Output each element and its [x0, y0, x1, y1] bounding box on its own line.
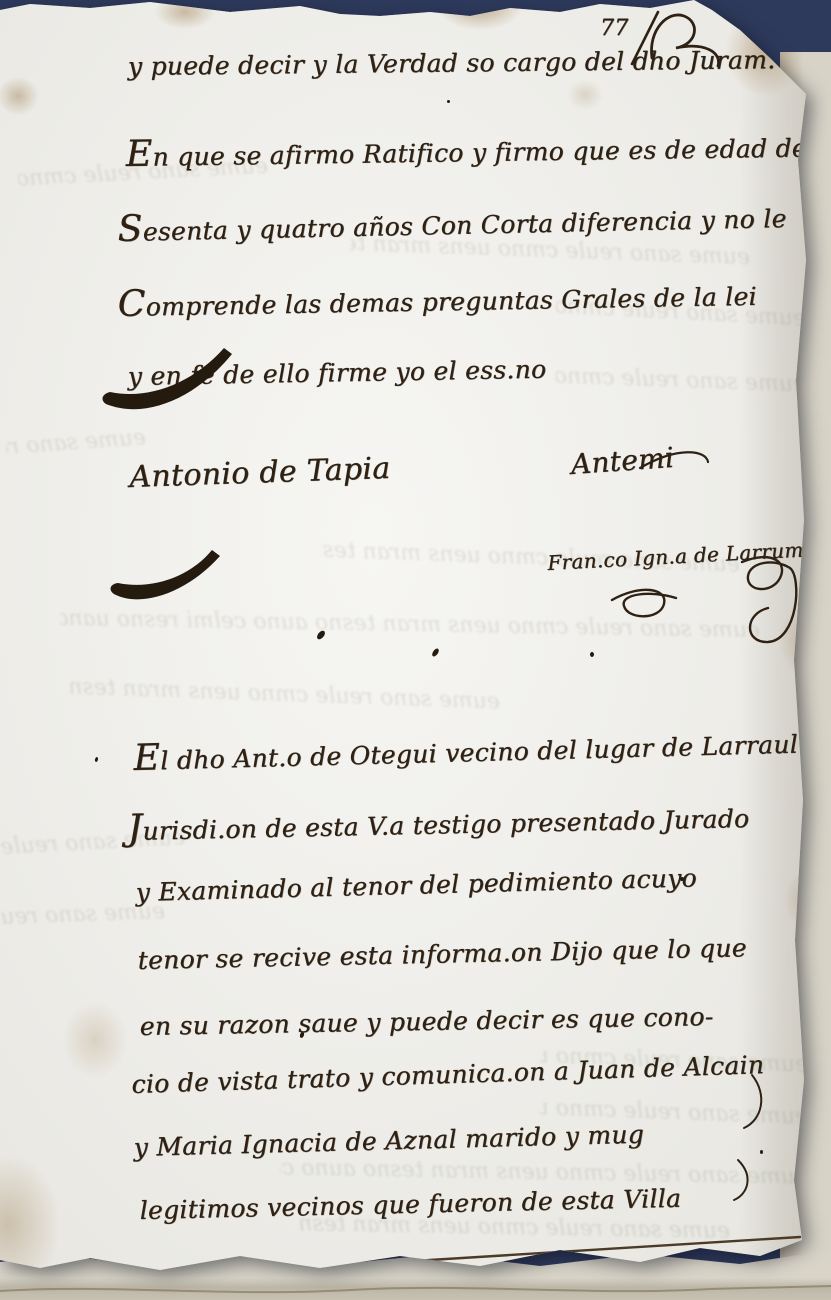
manuscript-line: tenor se recive esta informa.on Dijo que… — [137, 933, 747, 975]
signature-notary: Fran.co Ign.a de Larrumbide — [547, 535, 831, 575]
ink-speck — [94, 757, 98, 763]
folio-number: 77 — [600, 16, 629, 41]
manuscript-line: y Examinado al tenor del pedimiento acuy… — [135, 863, 697, 907]
ink-speck — [760, 1150, 763, 1154]
manuscript-line: legitimos vecinos que fueron de esta Vil… — [139, 1184, 681, 1225]
signature-ante-mi: Antemi — [570, 441, 675, 481]
manuscript-line: en su razon saue y puede decir es que co… — [139, 1002, 713, 1041]
manuscript-line: Jurisdi.on de esta V.a testigo presentad… — [127, 793, 750, 849]
manuscript-leaf: 77 to y puede decir y la Verdad so cargo… — [0, 0, 812, 1282]
manuscript-line: Sesenta y quatro años Con Corta diferenc… — [117, 193, 787, 250]
folio-mark-superscript: to — [750, 20, 769, 41]
manuscript-leaf-wrapper: 77 to y puede decir y la Verdad so cargo… — [0, 0, 812, 1282]
scanned-manuscript-page: 77 to y puede decir y la Verdad so cargo… — [0, 0, 831, 1300]
ink-bleedthrough: eume sano reule cmno uens mran tesno aun… — [70, 675, 501, 715]
signature-witness: Antonio de Tapia — [129, 451, 391, 495]
ink-speck — [431, 647, 440, 657]
ink-speck — [315, 629, 326, 641]
ink-bleedthrough: eume sano reule cmno uens mran tesno aun… — [280, 1155, 808, 1189]
manuscript-line: Comprende las demas preguntas Grales de … — [117, 271, 757, 325]
manuscript-line: En que se afirmo Ratifico y firmo que es… — [125, 122, 807, 175]
ink-bleedthrough: eume sano reule cmno uens m — [556, 364, 807, 398]
manuscript-line: cio de vista trato y comunica.on a Juan … — [131, 1050, 765, 1099]
manuscript-line: y puede decir y la Verdad so cargo del d… — [128, 45, 776, 81]
manuscript-line: y en fe de ello firme yo el ess.no — [127, 355, 546, 391]
manuscript-line: y Maria Ignacia de Aznal marido y mug — [133, 1120, 644, 1162]
ink-bleedthrough: eume sano reule cmno uens mran tesno aun… — [60, 606, 760, 643]
ink-speck — [590, 652, 594, 657]
ink-bleedthrough: eume sano reule — [5, 425, 146, 460]
manuscript-line: El dho Ant.o de Otegui vecino del lugar … — [133, 719, 799, 779]
ink-speck — [447, 100, 450, 103]
